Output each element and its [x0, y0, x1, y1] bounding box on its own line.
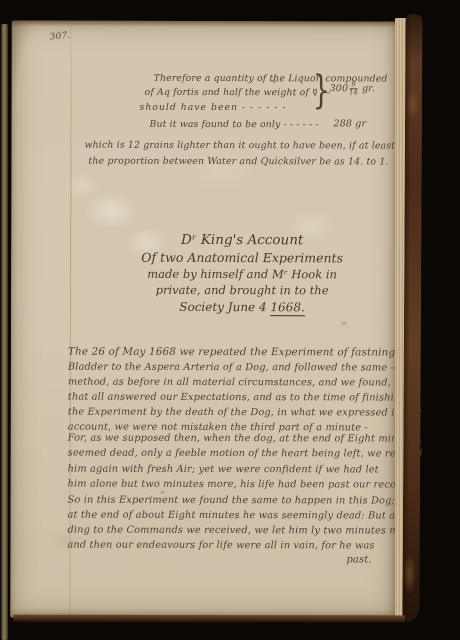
body-line: at the end of about Eight minutes he was…: [67, 510, 420, 522]
body-line: him alone but two minutes more, his life…: [68, 479, 421, 491]
note-line-1: which is 12 grains lighter than it ought…: [84, 140, 398, 152]
facing-page-edge: [1, 24, 8, 640]
body-line: and then our endeavours for life were al…: [67, 540, 374, 552]
body-line: ding to the Commands we received, we let…: [67, 525, 418, 537]
catchword: past.: [346, 554, 371, 565]
title-line-2: Of two Anatomical Experiments: [122, 250, 362, 266]
foxing-spot: [341, 321, 347, 325]
expected-weight-value: 300914 gr.: [330, 81, 375, 96]
manuscript-page: 307. Therefore a quantity of the Liquor,…: [10, 20, 398, 618]
note-line-2: the proportion between Water and Quicksi…: [88, 156, 388, 168]
fraction-denominator: 14: [349, 89, 358, 96]
title-line-3: made by himself and Mʳ Hook in: [122, 267, 362, 282]
body-line: account, we were not mistaken the third …: [68, 422, 368, 434]
body-line: him again with fresh Air; yet we were co…: [68, 464, 379, 476]
body-line: The 26 of May 1668 we repeated the Exper…: [68, 346, 405, 359]
measurement-line-2: of Aq fortis and half the weight of ☿ —: [145, 87, 331, 98]
title-line-date: Society June 4 1668.: [122, 300, 362, 315]
date-prefix: Society June 4: [179, 300, 270, 314]
body-line: Bladder to the Aspera Arteria of a Dog, …: [68, 362, 401, 374]
title-line-1: Dʳ King's Account: [122, 232, 362, 249]
book-binding-edge: [402, 14, 422, 622]
value-fraction: 914: [349, 81, 358, 96]
book-photograph: 307. Therefore a quantity of the Liquor,…: [0, 0, 460, 640]
body-line: the Experiment by the death of the Dog, …: [68, 407, 422, 419]
value-whole: 300: [330, 83, 349, 94]
folio-number: 307.: [49, 31, 71, 43]
measurement-line-3: should have been - - - - - -: [140, 102, 287, 113]
body-line: method, as before in all material circum…: [68, 377, 391, 389]
foxing-spot: [161, 491, 165, 494]
body-line: So in this Experiment we found the same …: [68, 495, 422, 507]
body-line: seemed dead, only a feeble motion of the…: [68, 448, 423, 460]
title-line-4: private, and brought in to the: [122, 283, 362, 298]
value-unit: gr.: [362, 83, 375, 94]
date-underlined: 1668.: [270, 300, 304, 316]
page-block-bottom-edge: [13, 615, 405, 624]
brace-glyph: }: [313, 68, 330, 113]
body-line: that all answered our Expectations, and …: [68, 392, 407, 404]
found-weight-value: 288 gr: [333, 118, 366, 129]
body-line: For, as we supposed then, when the dog, …: [68, 433, 423, 445]
measurement-line-4: But it was found to be only - - - - - -: [149, 119, 318, 130]
